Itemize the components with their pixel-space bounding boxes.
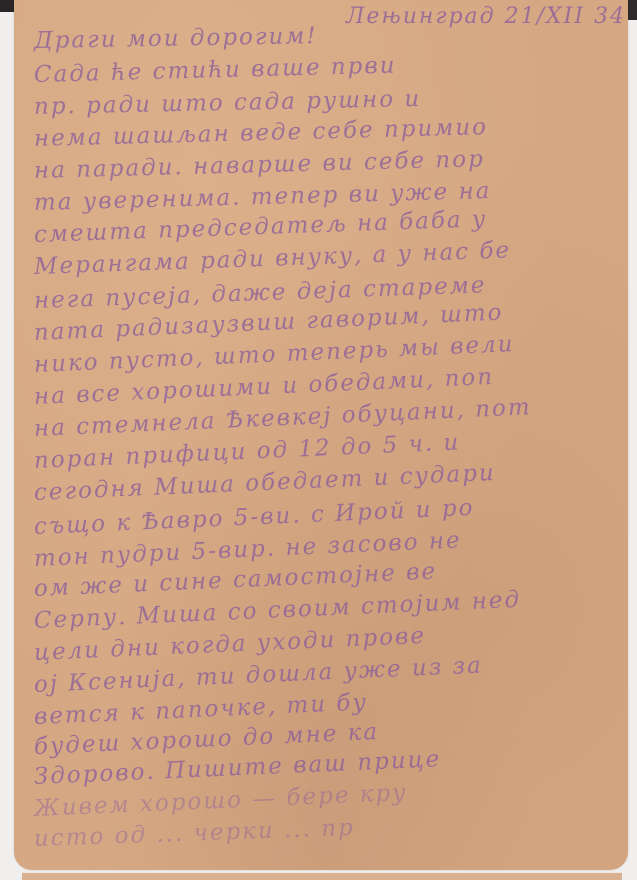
underlying-card-edge [22,872,622,880]
postcard: Лењинград 21/XII 34. Драги мои дорогим!С… [14,0,628,870]
handwritten-line: Сада ће стићи ваше први [34,47,618,88]
scan-background-edge [627,0,637,20]
